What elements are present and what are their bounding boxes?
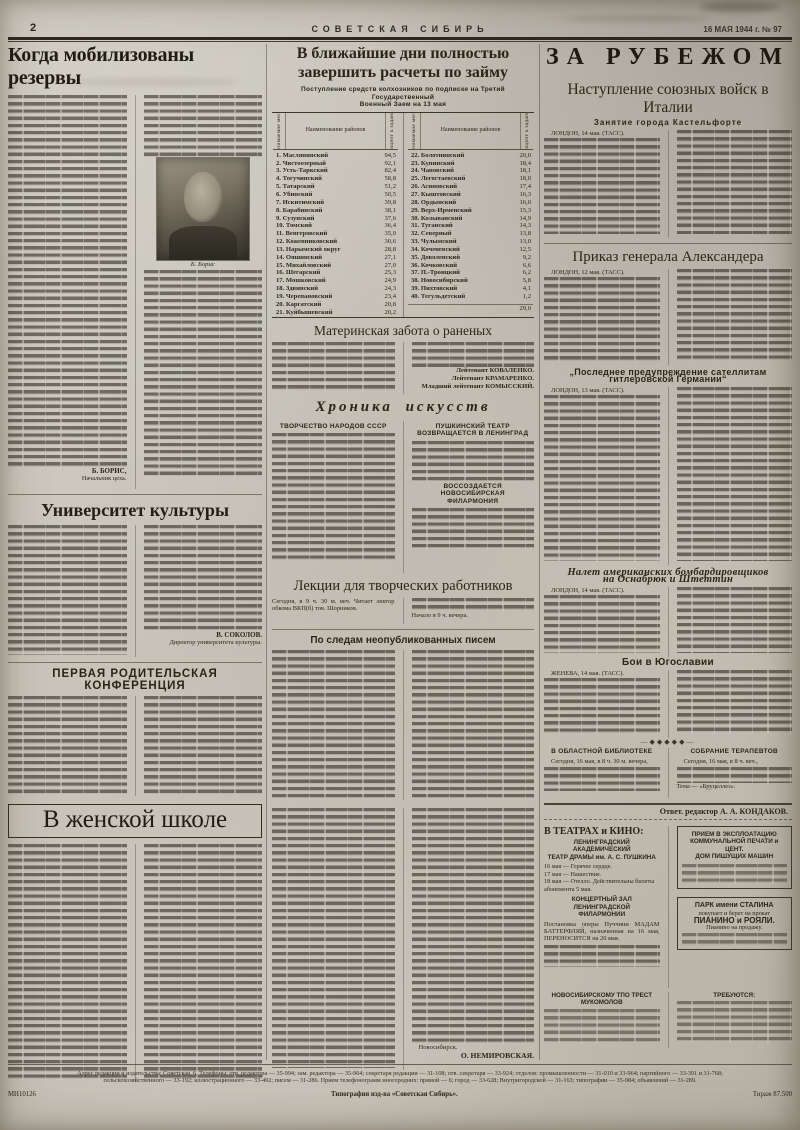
venue-name-line1: ЛЕНИНГРАДСКИЙ АКАДЕМИЧЕСКИЙ bbox=[544, 839, 660, 854]
table-row: 32. Северный13,8 bbox=[408, 230, 533, 238]
signature-list: Лейтенант КОВАЛЕНКО.Лейтенант КРАМАРЕНКО… bbox=[412, 367, 535, 391]
item-title-line1: ПУШКИНСКИЙ ТЕАТР bbox=[412, 423, 535, 431]
venue-name-line2: ФИЛАРМОНИИ bbox=[544, 911, 660, 919]
ads-column: ПРИЕМ В ЭКСПЛОАТАЦИЮ КОММУНАЛЬНОЙ ПЕЧАТИ… bbox=[668, 826, 793, 988]
text-block bbox=[677, 1001, 793, 1043]
text-block bbox=[272, 650, 395, 798]
table-row: 35. Доволенский9,2 bbox=[408, 254, 533, 262]
address-line1: Адрес редакции и издательства: Советская… bbox=[8, 1070, 792, 1077]
section-lectures: Лекции для творческих работников Сегодня… bbox=[272, 578, 534, 624]
table-row: 16. Шегарский25,3 bbox=[273, 269, 398, 277]
section-unpublished-letters: По следам неопубликованных писем bbox=[272, 635, 534, 800]
article-italy-offensive: Наступление союзных войск в Италии Занят… bbox=[544, 81, 792, 238]
signature: Б. БОРИС, bbox=[8, 467, 127, 475]
total-value: 29,0 bbox=[519, 305, 531, 313]
table-row: 19. Черепановский23,4 bbox=[273, 293, 398, 301]
text-block bbox=[272, 808, 395, 1068]
newspaper-title: СОВЕТСКАЯ СИБИРЬ bbox=[8, 24, 792, 34]
table-row: 31. Туганский14,3 bbox=[408, 222, 533, 230]
text-block bbox=[677, 767, 793, 783]
article-title: Материнская забота о раненых bbox=[272, 323, 534, 339]
article-body: Лейтенант КОВАЛЕНКО.Лейтенант КРАМАРЕНКО… bbox=[272, 342, 534, 394]
editor-line: Ответ. редактор А. А. КОНДАКОВ. bbox=[544, 803, 792, 820]
article-title-line2: гитлеровской Германии“ bbox=[544, 376, 792, 384]
ad-line1: ПАРК имени СТАЛИНА bbox=[682, 902, 788, 910]
article-subtitle: Занятие города Кастельфорте bbox=[544, 119, 792, 127]
article-title: Бои в Югославии bbox=[544, 659, 792, 667]
article-loan: В ближайшие дни полностью завершить расч… bbox=[272, 44, 534, 318]
loan-subtitle-line2: Военный Заем на 13 мая bbox=[272, 101, 534, 109]
ad-line2: КОММУНАЛЬНОЙ ПЕЧАТИ и ЦЕНТ. bbox=[682, 838, 788, 853]
column-divider bbox=[266, 44, 267, 1060]
text-column: ПУШКИНСКИЙ ТЕАТР ВОЗВРАЩАЕТСЯ В ЛЕНИНГРА… bbox=[403, 421, 535, 573]
table-row: 1. Маслянинский94,5 bbox=[273, 152, 398, 160]
signature-place: Новосибирск. bbox=[412, 1044, 535, 1051]
imprint-row: МН10126 Типография изд-ва «Советская Сиб… bbox=[8, 1091, 792, 1098]
text-block bbox=[682, 864, 788, 884]
text-block bbox=[272, 433, 395, 561]
loan-table: Занимаемое место Наименование районов Пр… bbox=[272, 112, 534, 318]
table-row: 8. Барабинский38,1 bbox=[273, 207, 398, 215]
school-article-continuation: Новосибирск. О. НЕМИРОВСКАЯ. bbox=[272, 808, 534, 1070]
section-rule bbox=[8, 494, 262, 495]
section-art-chronicle: Хроника искусств ТВОРЧЕСТВО НАРОДОВ СССР… bbox=[272, 399, 534, 573]
text-block bbox=[677, 269, 793, 361]
text-block bbox=[682, 933, 788, 945]
text-column: Б. БОРИС, Начальник цеха. bbox=[8, 95, 127, 489]
section-rule bbox=[272, 629, 534, 630]
text-block bbox=[412, 508, 535, 550]
ad-title: ТРЕБУЮТСЯ: bbox=[677, 992, 793, 1000]
table-row: 4. Тогучинский58,8 bbox=[273, 175, 398, 183]
text-block bbox=[544, 595, 660, 653]
article-parents-conference: ПЕРВАЯ РОДИТЕЛЬСКАЯ КОНФЕРЕНЦИЯ bbox=[8, 668, 262, 796]
masthead: 2 СОВЕТСКАЯ СИБИРЬ 16 МАЯ 1944 г. № 97 bbox=[8, 22, 792, 37]
section-body: ТВОРЧЕСТВО НАРОДОВ СССР ПУШКИНСКИЙ ТЕАТР… bbox=[272, 421, 534, 573]
text-block bbox=[544, 395, 660, 561]
table-row: 38. Новосибирский5,8 bbox=[408, 277, 533, 285]
table-row: 25. Легостаевский18,0 bbox=[408, 175, 533, 183]
masthead-rule bbox=[8, 37, 792, 40]
ad-stalin-park: ПАРК имени СТАЛИНА покупает и берет на п… bbox=[677, 897, 793, 950]
masthead-rule-thin bbox=[8, 41, 792, 42]
dateline: ЛОНДОН, 14 мая. (ТАСС). bbox=[544, 130, 660, 137]
article-title: Когда мобилизованы резервы bbox=[8, 44, 262, 90]
table-row: 10. Томский36,4 bbox=[273, 222, 398, 230]
section-rule bbox=[8, 662, 262, 663]
printer-line: Типография изд-ва «Советская Сибирь». bbox=[36, 1091, 753, 1098]
notice-library: В ОБЛАСТНОЙ БИБЛИОТЕКЕ Сегодня, 16 мая, … bbox=[544, 748, 660, 798]
schedule-list: 16 мая — Горячее сердце.17 мая — Нашеств… bbox=[544, 863, 660, 893]
item-title-line2: ФИЛАРМОНИЯ bbox=[412, 498, 535, 506]
article-body: ЛОНДОН, 14 мая. (ТАСС). bbox=[544, 130, 792, 238]
text-column: В. СОКОЛОВ. Директор университета культу… bbox=[135, 525, 263, 657]
table-rows: 1. Маслянинский94,52. Чистоозерный92,13.… bbox=[273, 152, 398, 317]
center-column: В ближайшие дни полностью завершить расч… bbox=[272, 44, 534, 1070]
text-block bbox=[144, 95, 263, 157]
table-row: 17. Мошковский24,9 bbox=[273, 277, 398, 285]
theatre-and-ads-row: В ТЕАТРАХ и КИНО: ЛЕНИНГРАДСКИЙ АКАДЕМИЧ… bbox=[544, 826, 792, 988]
table-row: 3. Усть-Таркский82,4 bbox=[273, 167, 398, 175]
article-body: ЛОНДОН, 14 мая. (ТАСС). bbox=[544, 587, 792, 657]
table-row: 9. Сузунский37,6 bbox=[273, 215, 398, 223]
item-title: ТВОРЧЕСТВО НАРОДОВ СССР bbox=[272, 423, 395, 431]
ornament-divider: —◆◆◆◆◆— bbox=[544, 738, 792, 746]
venue-name-line1: КОНЦЕРТНЫЙ ЗАЛ ЛЕНИНГРАДСКОЙ bbox=[544, 896, 660, 911]
article-title: ПЕРВАЯ РОДИТЕЛЬСКАЯ КОНФЕРЕНЦИЯ bbox=[8, 668, 262, 692]
scan-smudge bbox=[700, 2, 780, 12]
text-block bbox=[272, 342, 395, 392]
table-row: 36. Кочковский6,6 bbox=[408, 262, 533, 270]
header-place: Занимаемое место bbox=[408, 113, 420, 149]
table-row: 18. Здвинский24,3 bbox=[273, 285, 398, 293]
text-block bbox=[412, 342, 535, 367]
text-block bbox=[412, 650, 535, 798]
dateline: ЛОНДОН, 14 мая. (ТАСС). bbox=[544, 587, 660, 594]
lecture-note: Начало в 9 ч. вечера. bbox=[412, 612, 535, 619]
ad-millers: НОВОСИБИРСКОМУ ТПО ТРЕСТ МУКОМОЛОВ bbox=[544, 992, 660, 1048]
signature-role: Начальник цеха. bbox=[8, 475, 127, 482]
table-row: 5. Татарский51,2 bbox=[273, 183, 398, 191]
list-item: Лейтенант КРАМАРЕНКО. bbox=[412, 375, 535, 383]
article-title: В женской школе bbox=[8, 804, 262, 838]
text-column: Б. Борис bbox=[135, 95, 263, 489]
text-block bbox=[8, 525, 127, 655]
article-body: ЖЕНЕВА, 14 мая. (ТАСС). bbox=[544, 670, 792, 738]
issue-date: 16 МАЯ 1944 г. № 97 bbox=[703, 25, 782, 34]
dateline: ЛОНДОН, 13 мая. (ТАСС). bbox=[544, 387, 660, 394]
list-item: 16 мая — Горячее сердце. bbox=[544, 863, 660, 870]
article-girls-school: В женской школе bbox=[8, 804, 262, 1082]
text-block bbox=[544, 945, 660, 967]
table-row: 7. Искитимский39,8 bbox=[273, 199, 398, 207]
text-block bbox=[677, 130, 793, 234]
article-title: Наступление союзных войск в Италии bbox=[544, 81, 792, 117]
circulation: Тираж 87.500 bbox=[753, 1091, 792, 1098]
table-row: 21. Куйбышевский20,2 bbox=[273, 309, 398, 317]
ad-title-line1: НОВОСИБИРСКОМУ ТПО ТРЕСТ bbox=[544, 992, 660, 1000]
loan-table-left: Занимаемое место Наименование районов Пр… bbox=[272, 113, 399, 317]
notice-topic: Тема — «Бруцеллез». bbox=[677, 783, 793, 790]
table-row: 40. Тегульдетский1,2 bbox=[408, 293, 533, 301]
article-body bbox=[8, 844, 262, 1082]
table-row: 27. Кыштовский16,3 bbox=[408, 191, 533, 199]
section-rule bbox=[544, 243, 792, 244]
section-body: Сегодня, в 9 ч. 30 м. веч. Читает лектор… bbox=[272, 598, 534, 624]
table-row: 15. Михайловский27,0 bbox=[273, 262, 398, 270]
signature-role: Директор университета культуры. bbox=[144, 639, 263, 646]
portrait-photo bbox=[157, 158, 249, 260]
lecture-info: Сегодня, в 9 ч. 30 м. веч. Читает лектор… bbox=[272, 598, 395, 613]
loan-table-right: Занимаемое место Наименование районов Пр… bbox=[403, 113, 534, 317]
article-satellites-warning: „Последнее предупреждение сателлитам гит… bbox=[544, 369, 792, 565]
article-body: ЛОНДОН, 13 мая. (ТАСС). bbox=[544, 387, 792, 565]
table-row: 34. Коченевский12,5 bbox=[408, 246, 533, 254]
header-name: Наименование районов bbox=[420, 113, 521, 149]
text-block bbox=[8, 844, 127, 1080]
dateline: Сегодня, 16 мая, в 8 ч. веч., bbox=[677, 758, 793, 765]
dateline: ЖЕНЕВА, 14 мая. (ТАСС). bbox=[544, 670, 660, 677]
ad-line4: Пианино на продажу. bbox=[682, 924, 788, 931]
table-row: 22. Болотнинский20,0 bbox=[408, 152, 533, 160]
venue-name-line2: ТЕАТР ДРАМЫ им. А. С. ПУШКИНА bbox=[544, 854, 660, 862]
signature: В. СОКОЛОВ. bbox=[144, 631, 263, 639]
article-body bbox=[8, 696, 262, 796]
table-row: 23. Купинский18,4 bbox=[408, 160, 533, 168]
theatre-note: Постановка оперы Пуччини МАДАМ БАТТЕРФЛЯ… bbox=[544, 921, 660, 943]
text-block bbox=[412, 441, 535, 481]
table-row: 24. Чановский18,1 bbox=[408, 167, 533, 175]
section-body bbox=[272, 650, 534, 800]
ad-wanted: ТРЕБУЮТСЯ: bbox=[668, 992, 793, 1048]
foreign-news-banner: ЗА РУБЕЖОМ bbox=[544, 44, 792, 71]
text-block bbox=[8, 696, 127, 794]
table-row: 39. Пихтовский4,1 bbox=[408, 285, 533, 293]
text-block bbox=[544, 1009, 660, 1043]
table-row: 12. Кожевниковский30,6 bbox=[273, 238, 398, 246]
article-title-line1: В ближайшие дни полностью bbox=[272, 44, 534, 63]
list-item: Лейтенант КОВАЛЕНКО. bbox=[412, 367, 535, 375]
header-percent: Процент к заданию bbox=[521, 113, 533, 149]
table-row: 2. Чистоозерный92,1 bbox=[273, 160, 398, 168]
text-block bbox=[144, 270, 263, 476]
censor-code: МН10126 bbox=[8, 1091, 36, 1098]
ad-typewriters: ПРИЕМ В ЭКСПЛОАТАЦИЮ КОММУНАЛЬНОЙ ПЕЧАТИ… bbox=[677, 826, 793, 889]
text-block bbox=[677, 587, 793, 653]
table-rows: 22. Болотнинский20,023. Купинский18,424.… bbox=[408, 152, 533, 301]
notice-title: В ОБЛАСТНОЙ БИБЛИОТЕКЕ bbox=[544, 748, 660, 756]
text-column bbox=[8, 525, 127, 657]
ad-line3: ПИАНИНО и РОЯЛИ. bbox=[682, 917, 788, 925]
table-row: 6. Убинский50,5 bbox=[273, 191, 398, 199]
article-yugoslavia: Бои в Югославии ЖЕНЕВА, 14 мая. (ТАСС). bbox=[544, 659, 792, 738]
text-block bbox=[544, 138, 660, 234]
text-block bbox=[144, 844, 263, 1080]
table-row: 30. Колыванский14,9 bbox=[408, 215, 533, 223]
classifieds-row: НОВОСИБИРСКОМУ ТПО ТРЕСТ МУКОМОЛОВ ТРЕБУ… bbox=[544, 992, 792, 1048]
article-care-for-wounded: Материнская забота о раненых Лейтенант К… bbox=[272, 323, 534, 394]
item-title-line2: ВОЗВРАЩАЕТСЯ В ЛЕНИНГРАД bbox=[412, 430, 535, 438]
newspaper-page: 2 СОВЕТСКАЯ СИБИРЬ 16 МАЯ 1944 г. № 97 К… bbox=[0, 0, 800, 1130]
table-row: 11. Венгеровский35,0 bbox=[273, 230, 398, 238]
table-row: 20. Каргатский20,8 bbox=[273, 301, 398, 309]
article-body: В. СОКОЛОВ. Директор университета культу… bbox=[8, 525, 262, 657]
article-university-of-culture: Университет культуры В. СОКОЛОВ. Директо… bbox=[8, 500, 262, 657]
notice-title: СОБРАНИЕ ТЕРАПЕВТОВ bbox=[677, 748, 793, 756]
section-title: В ТЕАТРАХ и КИНО: bbox=[544, 826, 660, 837]
section-title: Хроника искусств bbox=[272, 399, 534, 416]
article-title-line2: завершить расчеты по займу bbox=[272, 63, 534, 82]
table-row: 13. Нарымский округ28,8 bbox=[273, 246, 398, 254]
article-title: Университет культуры bbox=[8, 500, 262, 521]
ad-title-line2: МУКОМОЛОВ bbox=[544, 999, 660, 1007]
table-total-row: 29,0 bbox=[408, 304, 533, 313]
text-block bbox=[144, 696, 263, 794]
photo-caption: Б. Борис bbox=[144, 261, 263, 268]
table-row: 33. Чулымский13,0 bbox=[408, 238, 533, 246]
text-block bbox=[144, 525, 263, 631]
dateline: Сегодня, 16 мая, в 8 ч. 30 м. вечера, bbox=[544, 758, 660, 765]
section-title: Лекции для творческих работников bbox=[272, 578, 534, 595]
right-column: ЗА РУБЕЖОМ Наступление союзных войск в И… bbox=[544, 44, 792, 1048]
table-row: 26. Асиновский17,4 bbox=[408, 183, 533, 191]
table-header: Занимаемое место Наименование районов Пр… bbox=[408, 113, 533, 150]
text-block bbox=[677, 670, 793, 734]
imprint: Адрес редакции и издательства: Советская… bbox=[8, 1064, 792, 1098]
list-item: Младший лейтенант КОМЫССКИЙ. bbox=[412, 383, 535, 391]
article-mobilized-reserves: Когда мобилизованы резервы Б. БОРИС, Нач… bbox=[8, 44, 262, 489]
text-block bbox=[412, 808, 535, 1044]
header-percent: Процент к заданию bbox=[386, 113, 398, 149]
text-block bbox=[8, 95, 127, 467]
article-body: ЛОНДОН, 12 мая. (ТАСС). bbox=[544, 269, 792, 365]
table-row: 14. Ояшинский27,1 bbox=[273, 254, 398, 262]
list-item: 17 мая — Нашествие. bbox=[544, 871, 660, 878]
column-divider bbox=[539, 44, 540, 1060]
article-bomber-raid: Налет американских бомбардировщиков на О… bbox=[544, 569, 792, 657]
dateline: ЛОНДОН, 12 мая. (ТАСС). bbox=[544, 269, 660, 276]
table-row: 28. Ордынский16,0 bbox=[408, 199, 533, 207]
table-header: Занимаемое место Наименование районов Пр… bbox=[273, 113, 398, 150]
header-place: Занимаемое место bbox=[273, 113, 285, 149]
text-block bbox=[544, 277, 660, 361]
section-title: По следам неопубликованных писем bbox=[272, 635, 534, 646]
loan-subtitle-line1: Поступление средств колхозников по подпи… bbox=[272, 86, 534, 101]
list-item: 18 мая — Отелло. Действительны билеты аб… bbox=[544, 878, 660, 893]
text-block bbox=[544, 767, 660, 791]
imprint-rule bbox=[8, 1064, 792, 1065]
text-block bbox=[677, 387, 793, 561]
left-column: Когда мобилизованы резервы Б. БОРИС, Нач… bbox=[8, 44, 262, 1082]
ad-line3: ДОМ ПИШУЩИХ МАШИН bbox=[682, 853, 788, 861]
header-name: Наименование районов bbox=[285, 113, 386, 149]
text-block bbox=[412, 598, 535, 612]
article-alexander-order: Приказ генерала Александера ЛОНДОН, 12 м… bbox=[544, 249, 792, 365]
table-row: 37. П.-Троицкий6,2 bbox=[408, 269, 533, 277]
notices-row: В ОБЛАСТНОЙ БИБЛИОТЕКЕ Сегодня, 16 мая, … bbox=[544, 748, 792, 798]
theatre-section: В ТЕАТРАХ и КИНО: ЛЕНИНГРАДСКИЙ АКАДЕМИЧ… bbox=[544, 826, 660, 988]
table-row: 29. Верх-Ирменский15,3 bbox=[408, 207, 533, 215]
text-column: ТВОРЧЕСТВО НАРОДОВ СССР bbox=[272, 421, 395, 573]
article-title: Приказ генерала Александера bbox=[544, 249, 792, 266]
address-line2: сельскохозяйственного — 33-192; иллюстра… bbox=[8, 1077, 792, 1084]
notice-therapists: СОБРАНИЕ ТЕРАПЕВТОВ Сегодня, 16 мая, в 8… bbox=[668, 748, 793, 798]
article-body: Б. БОРИС, Начальник цеха. Б. Борис bbox=[8, 95, 262, 489]
signature: О. НЕМИРОВСКАЯ. bbox=[412, 1051, 535, 1060]
item-title-line1: ВОССОЗДАЕТСЯ НОВОСИБИРСКАЯ bbox=[412, 483, 535, 498]
text-block bbox=[544, 678, 660, 734]
